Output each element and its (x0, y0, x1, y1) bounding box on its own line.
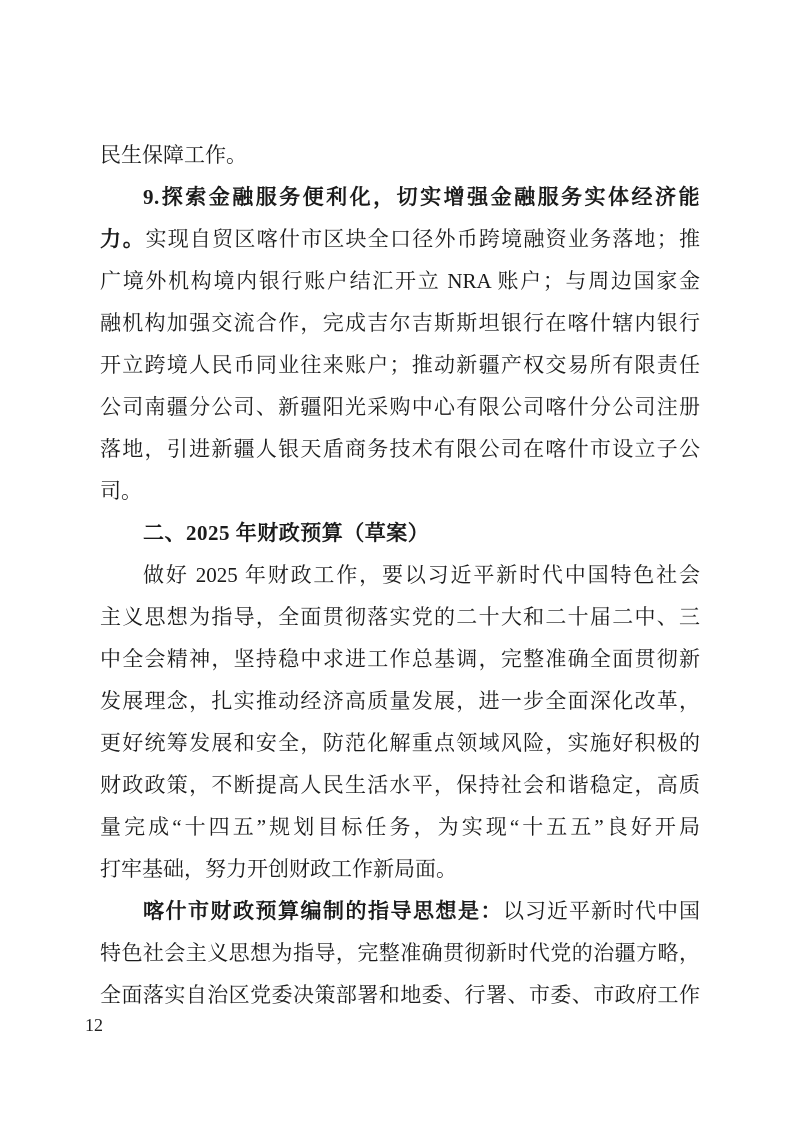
document-body: 民生保障工作。9.探索金融服务便利化，切实增强金融服务实体经济能力。实现自贸区喀… (100, 134, 700, 1016)
text-segment-bold: 二、2025 年财政预算（草案） (143, 521, 429, 545)
text-line: 9.探索金融服务便利化，切实增强金融服务实体经济能 (100, 176, 700, 218)
text-line: 财政政策，不断提高人民生活水平，保持社会和谐稳定，高质 (100, 764, 700, 806)
document-page: 民生保障工作。9.探索金融服务便利化，切实增强金融服务实体经济能力。实现自贸区喀… (0, 0, 793, 1122)
text-line: 融机构加强交流合作，完成吉尔吉斯斯坦银行在喀什辖内银行 (100, 302, 700, 344)
text-line: 公司南疆分公司、新疆阳光采购中心有限公司喀什分公司注册 (100, 386, 700, 428)
text-line: 二、2025 年财政预算（草案） (100, 512, 700, 554)
text-line: 打牢基础，努力开创财政工作新局面。 (100, 848, 700, 890)
text-segment-bold: 9.探索金融服务便利化，切实增强金融服务实体经济能 (143, 185, 700, 209)
text-segment-bold: 力。 (100, 227, 145, 251)
text-line: 量完成“十四五”规划目标任务，为实现“十五五”良好开局 (100, 806, 700, 848)
text-segment: 更好统筹发展和安全，防范化解重点领域风险，实施好积极的 (100, 731, 700, 755)
text-segment: 广境外机构境内银行账户结汇开立 NRA 账户；与周边国家金 (100, 269, 700, 293)
text-line: 开立跨境人民币同业往来账户；推动新疆产权交易所有限责任 (100, 344, 700, 386)
text-line: 喀什市财政预算编制的指导思想是：以习近平新时代中国 (100, 890, 700, 932)
text-segment: 公司南疆分公司、新疆阳光采购中心有限公司喀什分公司注册 (100, 395, 700, 419)
text-line: 中全会精神，坚持稳中求进工作总基调，完整准确全面贯彻新 (100, 638, 700, 680)
text-segment: 财政政策，不断提高人民生活水平，保持社会和谐稳定，高质 (100, 773, 700, 797)
text-segment: 开立跨境人民币同业往来账户；推动新疆产权交易所有限责任 (100, 353, 700, 377)
page-number: 12 (85, 1012, 103, 1038)
text-line: 更好统筹发展和安全，防范化解重点领域风险，实施好积极的 (100, 722, 700, 764)
text-line: 主义思想为指导，全面贯彻落实党的二十大和二十届二中、三 (100, 596, 700, 638)
text-line: 力。实现自贸区喀什市区块全口径外币跨境融资业务落地；推 (100, 218, 700, 260)
text-segment: 量完成“十四五”规划目标任务，为实现“十五五”良好开局 (100, 815, 700, 839)
text-line: 做好 2025 年财政工作，要以习近平新时代中国特色社会 (100, 554, 700, 596)
text-segment: 以习近平新时代中国 (503, 899, 700, 923)
text-segment: 全面落实自治区党委决策部署和地委、行署、市委、市政府工作 (100, 983, 700, 1007)
text-segment: 特色社会主义思想为指导，完整准确贯彻新时代党的治疆方略， (100, 941, 700, 965)
text-segment-bold: 喀什市财政预算编制的指导思想是： (143, 899, 503, 923)
text-segment: 中全会精神，坚持稳中求进工作总基调，完整准确全面贯彻新 (100, 647, 700, 671)
text-segment: 发展理念，扎实推动经济高质量发展，进一步全面深化改革， (100, 689, 700, 713)
text-segment: 打牢基础，努力开创财政工作新局面。 (100, 857, 457, 881)
text-line: 全面落实自治区党委决策部署和地委、行署、市委、市政府工作 (100, 974, 700, 1016)
text-segment: 做好 2025 年财政工作，要以习近平新时代中国特色社会 (143, 563, 700, 587)
text-segment: 主义思想为指导，全面贯彻落实党的二十大和二十届二中、三 (100, 605, 700, 629)
text-segment: 融机构加强交流合作，完成吉尔吉斯斯坦银行在喀什辖内银行 (100, 311, 700, 335)
text-line: 司。 (100, 470, 700, 512)
text-line: 落地，引进新疆人银天盾商务技术有限公司在喀什市设立子公 (100, 428, 700, 470)
text-line: 民生保障工作。 (100, 134, 700, 176)
text-segment: 司。 (100, 479, 142, 503)
text-line: 发展理念，扎实推动经济高质量发展，进一步全面深化改革， (100, 680, 700, 722)
text-segment: 实现自贸区喀什市区块全口径外币跨境融资业务落地；推 (145, 227, 700, 251)
text-line: 广境外机构境内银行账户结汇开立 NRA 账户；与周边国家金 (100, 260, 700, 302)
text-segment: 民生保障工作。 (100, 143, 247, 167)
text-line: 特色社会主义思想为指导，完整准确贯彻新时代党的治疆方略， (100, 932, 700, 974)
text-segment: 落地，引进新疆人银天盾商务技术有限公司在喀什市设立子公 (100, 437, 700, 461)
